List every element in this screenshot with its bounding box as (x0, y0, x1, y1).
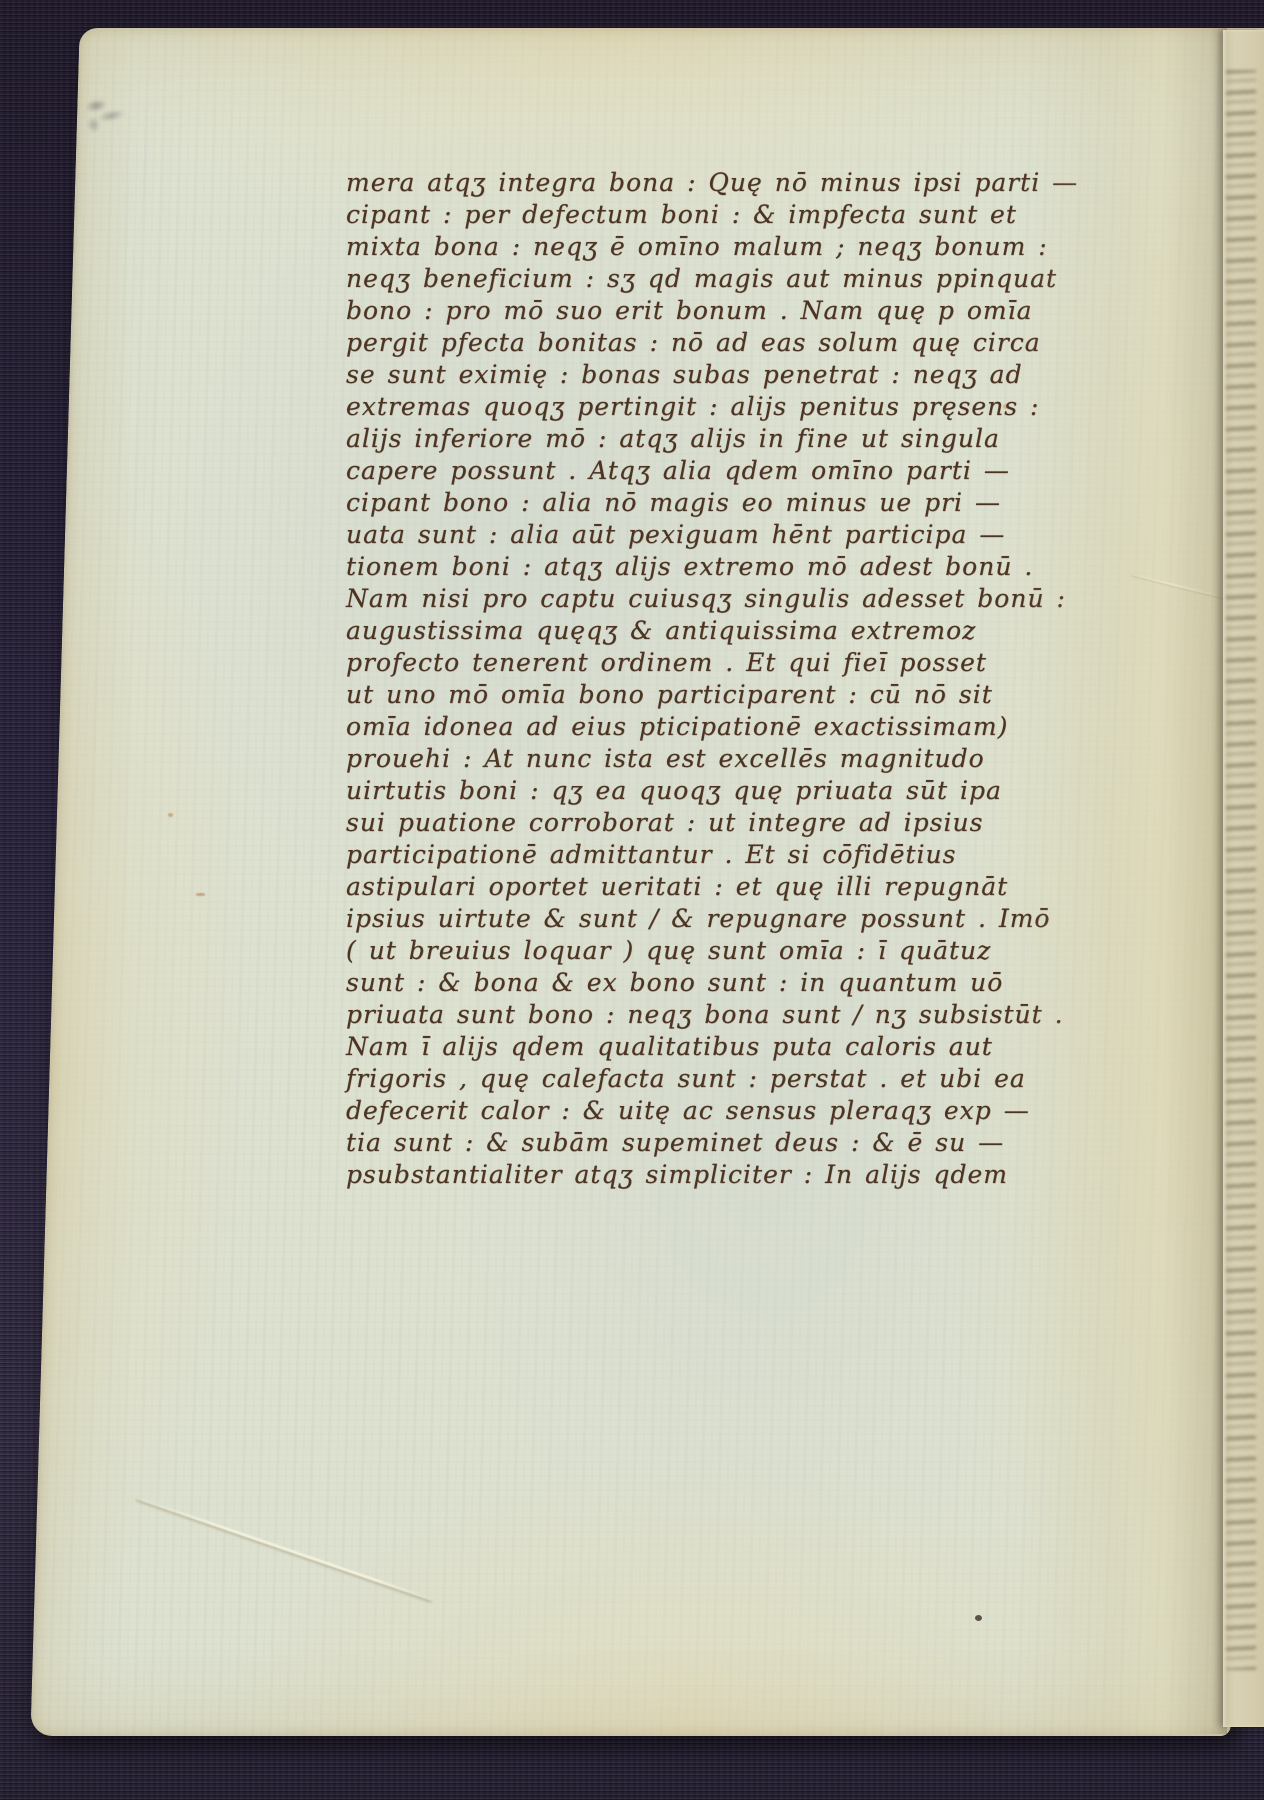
facing-page-edge (1223, 30, 1264, 1727)
manuscript-line: priuata sunt bono : neqʒ bona sunt / nʒ … (346, 999, 1176, 1031)
manuscript-line: profecto tenerent ordinem . Et qui fieī … (346, 647, 1176, 679)
manuscript-line: frigoris , quę calefacta sunt : perstat … (346, 1063, 1176, 1095)
manuscript-line: uata sunt : alia aūt pexiguam hēnt parti… (346, 519, 1176, 551)
manuscript-line: tia sunt : & subām supeminet deus : & ē … (346, 1127, 1176, 1159)
manuscript-line: uirtutis boni : qʒ ea quoqʒ quę priuata … (346, 775, 1176, 807)
manuscript-line: ut uno mō omīa bono participarent : cū n… (346, 679, 1176, 711)
manuscript-line: astipulari oportet ueritati : et quę ill… (346, 871, 1176, 903)
manuscript-line: bono : pro mō suo erit bonum . Nam quę p… (346, 295, 1176, 327)
manuscript-line: se sunt eximię : bonas subas penetrat : … (346, 359, 1176, 391)
manuscript-line: capere possunt . Atqʒ alia qdem omīno pa… (346, 455, 1176, 487)
manuscript-line: Nam ī alijs qdem qualitatibus puta calor… (346, 1031, 1176, 1063)
text-block: mera atqʒ integra bona : Quę nō minus ip… (346, 167, 1176, 1191)
manuscript-line: omīa idonea ad eius pticipationē exactis… (346, 711, 1176, 743)
manuscript-line: mera atqʒ integra bona : Quę nō minus ip… (346, 167, 1176, 199)
manuscript-line: defecerit calor : & uitę ac sensus plera… (346, 1095, 1176, 1127)
manuscript-line: alijs inferiore mō : atqʒ alijs in fine … (346, 423, 1176, 455)
manuscript-photo: mera atqʒ integra bona : Quę nō minus ip… (0, 0, 1264, 1800)
manuscript-line: mixta bona : neqʒ ē omīno malum ; neqʒ b… (346, 231, 1176, 263)
manuscript-line: pergit pfecta bonitas : nō ad eas solum … (346, 327, 1176, 359)
manuscript-line: neqʒ beneficium : sʒ qd magis aut minus … (346, 263, 1176, 295)
foxing-dot (196, 893, 205, 896)
manuscript-line: extremas quoqʒ pertingit : alijs penitus… (346, 391, 1176, 423)
manuscript-line: ( ut breuius loquar ) quę sunt omīa : ī … (346, 935, 1176, 967)
manuscript-line: ipsius uirtute & sunt / & repugnare poss… (346, 903, 1176, 935)
manuscript-line: sui puatione corroborat : ut integre ad … (346, 807, 1176, 839)
manuscript-line: tionem boni : atqʒ alijs extremo mō ades… (346, 551, 1176, 583)
foxing-dot (168, 813, 173, 817)
manuscript-line: sunt : & bona & ex bono sunt : in quantu… (346, 967, 1176, 999)
manuscript-line: participationē admittantur . Et si cōfid… (346, 839, 1176, 871)
facing-page-text-blur (1226, 70, 1256, 1670)
manuscript-line: augustissima quęqʒ & antiquissima extrem… (346, 615, 1176, 647)
manuscript-line: prouehi : At nunc ista est excellēs magn… (346, 743, 1176, 775)
manuscript-line: cipant bono : alia nō magis eo minus ue … (346, 487, 1176, 519)
manuscript-line: cipant : per defectum boni : & impfecta … (346, 199, 1176, 231)
manuscript-line: psubstantialiter atqʒ simpliciter : In a… (346, 1159, 1176, 1191)
ink-speck (975, 1615, 982, 1621)
manuscript-line: Nam nisi pro captu cuiusqʒ singulis ades… (346, 583, 1176, 615)
